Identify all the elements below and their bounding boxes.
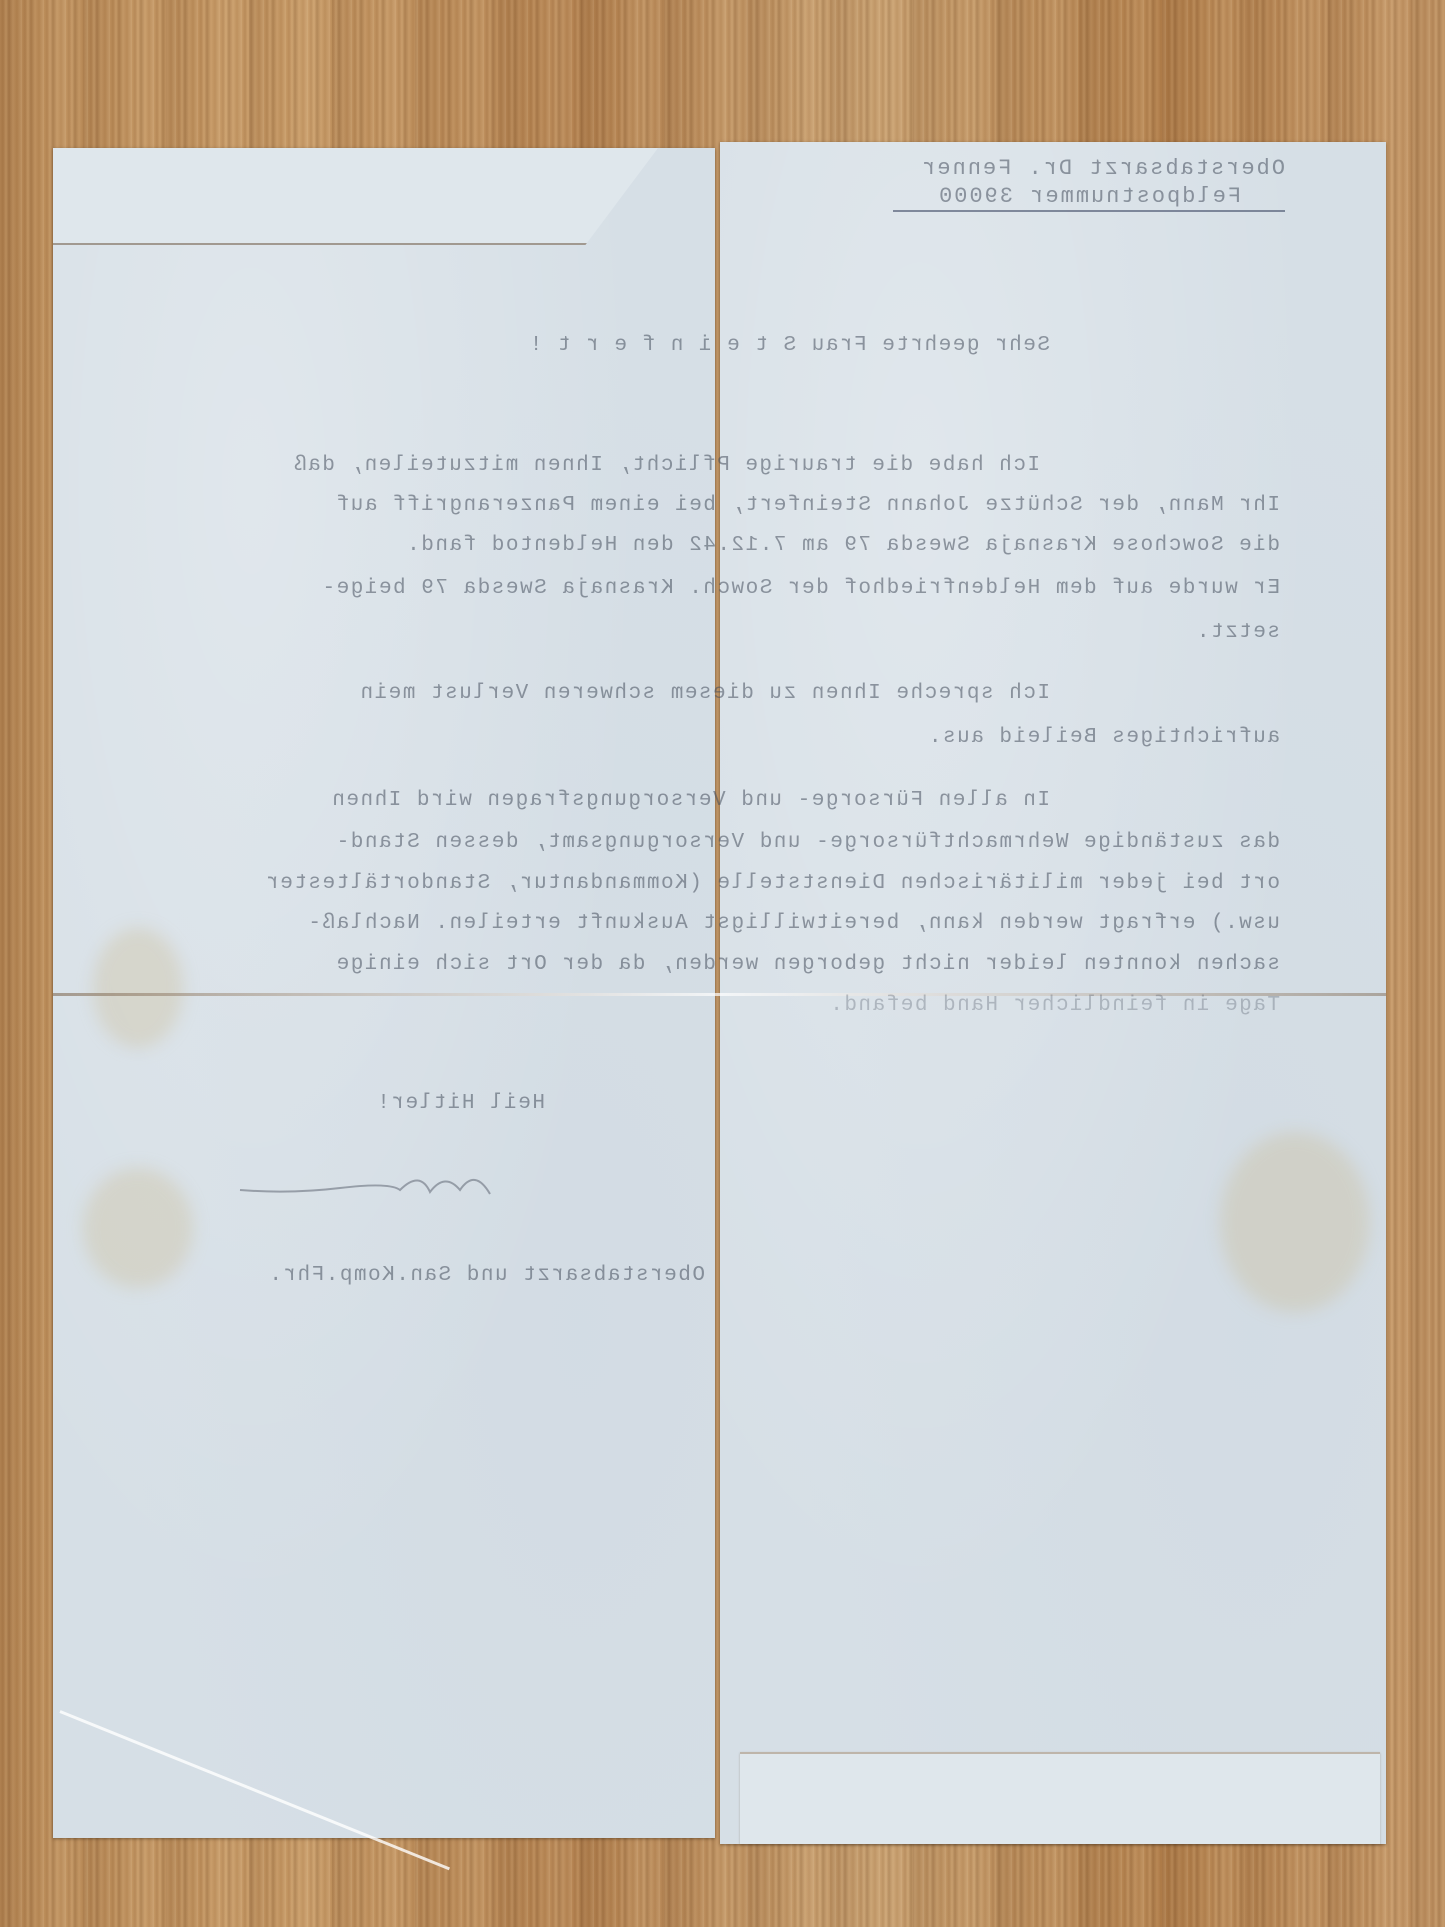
body-line: die Sowchose Krasnaja Swesda 79 am 7.12.… bbox=[260, 535, 1280, 556]
body-line: sachen konnten leider nicht geborgen wer… bbox=[185, 954, 1280, 975]
body-line: In allen Fürsorge- und Versorgungsfragen… bbox=[210, 790, 1050, 811]
signature-scribble bbox=[230, 1160, 530, 1210]
body-line: setzt. bbox=[1180, 622, 1280, 643]
body-line: Tage in feindlicher Hand befand. bbox=[700, 995, 1280, 1016]
stain bbox=[93, 928, 183, 1048]
stain bbox=[83, 1168, 193, 1288]
body-line: Ihr Mann, der Schütze Johann Steinfert, … bbox=[190, 495, 1280, 516]
body-line: Ich habe die traurige Pflicht, Ihnen mit… bbox=[190, 455, 1040, 476]
body-line: Ich spreche Ihnen zu diesem schweren Ver… bbox=[255, 683, 1050, 704]
body-line: aufrichtiges Beileid aus. bbox=[870, 727, 1280, 748]
folded-flap-bottom bbox=[740, 1752, 1380, 1844]
stain bbox=[1220, 1132, 1370, 1312]
salutation: Sehr geehrte Frau S t e i n f e r t ! bbox=[440, 335, 1050, 356]
body-line: ort bei jeder militärischen Dienststelle… bbox=[120, 873, 1280, 894]
body-line: das zuständige Wehrmachtfürsorge- und Ve… bbox=[170, 832, 1280, 853]
body-line: usw.) erfragt werden kann, bereitwilligs… bbox=[170, 913, 1280, 934]
closing: Heil Hitler! bbox=[350, 1093, 545, 1114]
folded-flap-top bbox=[53, 148, 658, 245]
body-line: Er wurde auf dem Heldenfriedhof der Sowc… bbox=[170, 578, 1280, 599]
signatory-title: Oberstabsarzt und San.Komp.Fhr. bbox=[205, 1265, 705, 1286]
header-feldpost: Feldpostnummer 39000 bbox=[893, 186, 1285, 208]
header-sender: Oberstabsarzt Dr. Fenner bbox=[893, 158, 1285, 180]
header-underline bbox=[893, 210, 1285, 212]
